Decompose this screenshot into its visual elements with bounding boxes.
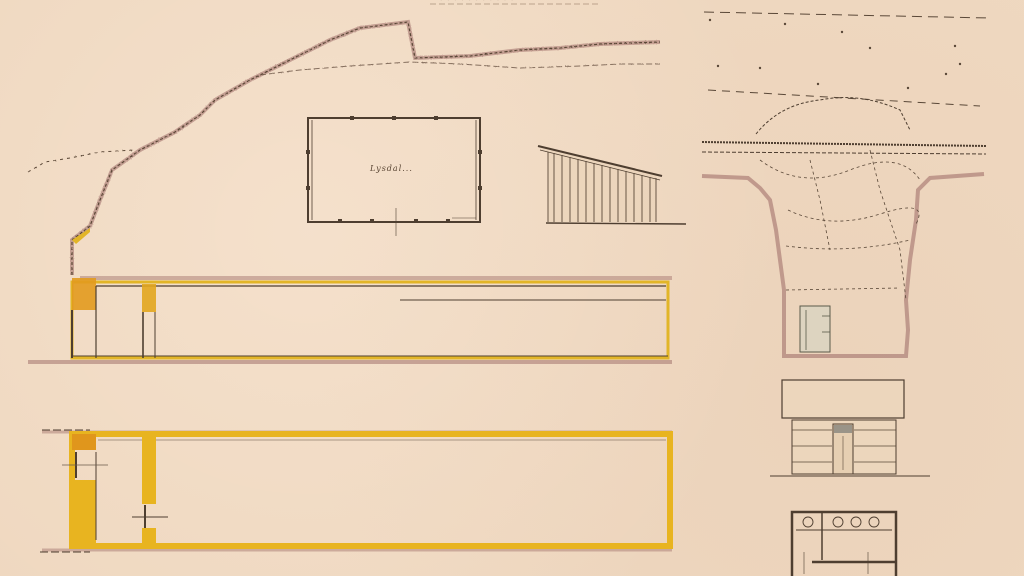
lean-to-elevation xyxy=(538,146,686,224)
architectural-drawing xyxy=(0,0,1024,576)
shed-plan xyxy=(306,116,482,236)
shed-plan-label: Lysdal... xyxy=(370,164,413,173)
drawing-title: · · · · · · · · · · · xyxy=(440,0,514,5)
cross-section xyxy=(702,12,990,356)
entrance-elevation xyxy=(770,380,930,476)
entrance-plan xyxy=(792,512,896,576)
hill-profile xyxy=(28,22,660,275)
drawing-sheet: Lysdal... · · · · · · · · · · · xyxy=(0,0,1024,576)
cellar-section xyxy=(28,228,672,362)
cellar-plan xyxy=(40,430,672,552)
